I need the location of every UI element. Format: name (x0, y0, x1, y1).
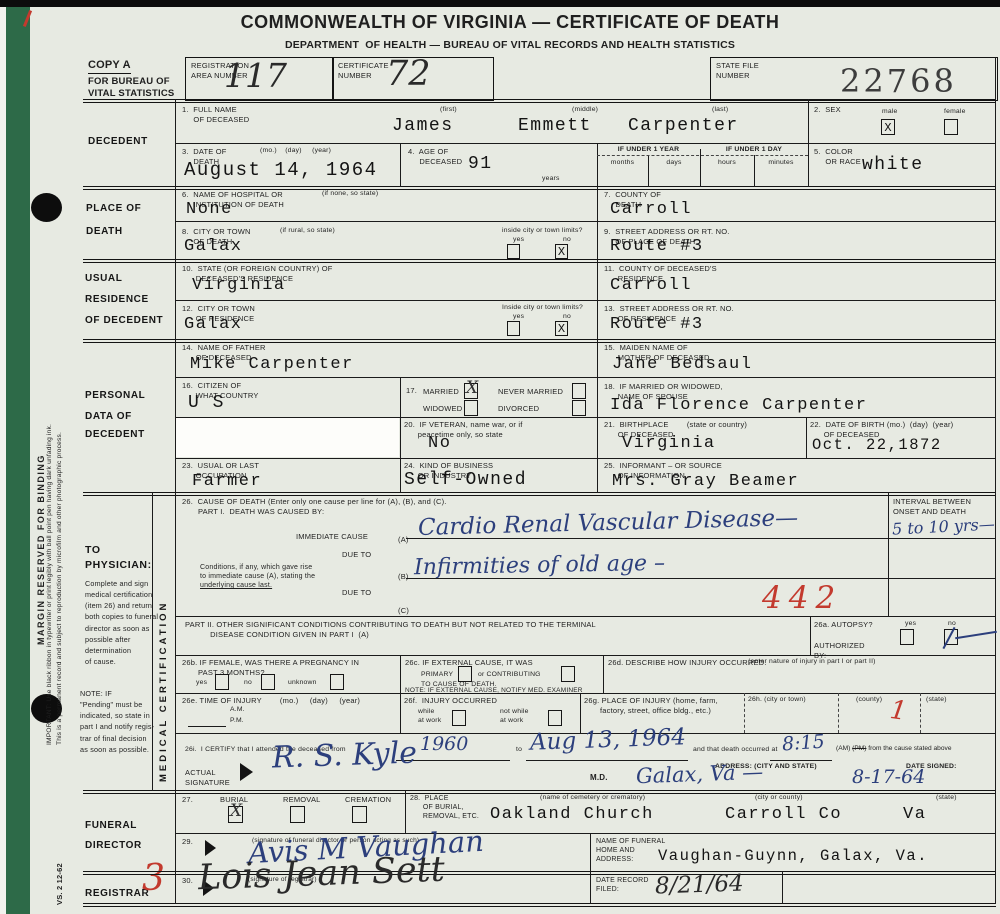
autopsy-no-mark-tail (955, 631, 997, 640)
pending-note: NOTE: IF "Pending" must be indicated, so… (80, 688, 154, 755)
section-place-of-death-1: PLACE OF (86, 203, 141, 214)
birthplace-value: Virginia (622, 434, 716, 453)
autopsy-label: 26a. AUTOPSY? (814, 620, 873, 630)
street-death-value: Route #3 (610, 237, 704, 256)
city-residence-value: Galax (184, 315, 243, 334)
attended-from-value: 1960 (420, 733, 468, 755)
sex-female-label: female (944, 108, 966, 117)
color-race-label: 5. COLOR OR RACE (814, 147, 861, 167)
external-note-label: NOTE: IF EXTERNAL CAUSE, NOTIFY MED. EXA… (405, 687, 583, 695)
business-value: Self-Owned (404, 470, 527, 490)
limits-residence-no-checkbox: X (555, 321, 568, 336)
signature-arrow-icon (240, 763, 253, 781)
months-label: months (599, 159, 646, 168)
burial-mark: X (230, 801, 242, 821)
line (175, 143, 996, 144)
line (406, 538, 996, 539)
first-name-sublabel: (first) (440, 106, 457, 115)
never-married-checkbox (572, 383, 586, 399)
cemetery-value: Oakland Church (490, 805, 654, 824)
limits-residence-yes-checkbox (507, 321, 520, 336)
under-1-day-header: IF UNDER 1 DAY (700, 146, 808, 155)
physician-address-value: Galax, Va — (636, 760, 764, 788)
section-funeral-1: FUNERAL (85, 820, 137, 831)
section-personal-2: DATA OF (85, 411, 132, 422)
pregnancy-unknown-label: unknown (288, 679, 317, 688)
hours-label: hours (702, 159, 752, 168)
pregnancy-no-checkbox (261, 674, 275, 690)
line (806, 417, 807, 458)
line (175, 616, 996, 617)
father-value: Mike Carpenter (190, 355, 354, 374)
section-usual-2: RESIDENCE (85, 294, 149, 305)
not-while-at-work-label: not while at work (500, 708, 529, 726)
city-death-hint: (if rural, so state) (280, 227, 335, 236)
certificate-subtitle: DEPARTMENT OF HEALTH — BUREAU OF VITAL R… (120, 39, 900, 53)
line (590, 833, 591, 904)
informant-value: Mrs. Gray Beamer (612, 472, 799, 491)
hospital-hint: (if none, so state) (322, 190, 378, 199)
line (770, 760, 832, 761)
injury-description-hint: (enter nature of injury in part I or par… (748, 658, 876, 667)
section-funeral-2: DIRECTOR (85, 840, 142, 851)
hole-punch-top (31, 193, 62, 222)
pm-label: P.M. (230, 717, 244, 726)
sex-label: 2. SEX (814, 105, 841, 115)
widowed-label: WIDOWED (423, 404, 462, 414)
due-to-label-2: DUE TO (342, 588, 371, 598)
removal-label: REMOVAL (283, 795, 321, 805)
veteran-label: 20. IF VETERAN, name war, or if peacetim… (404, 420, 523, 440)
sex-female-checkbox (944, 119, 958, 135)
form-number: VS. 2 12-62 (55, 863, 65, 905)
physician-note: Complete and sign medical certification … (85, 578, 158, 667)
age-years-label: years (542, 175, 560, 184)
line (188, 726, 226, 727)
line (526, 760, 688, 761)
pm-option-struck: (PM) (852, 745, 866, 752)
married-label: MARRIED (423, 387, 459, 397)
am-option: (AM) (836, 745, 850, 752)
date-filed-value: 8/21/64 (655, 870, 745, 899)
cause-c-label: (C) (398, 606, 409, 616)
line (175, 655, 996, 656)
registrar-signature: Lois Jean Sett (197, 850, 445, 899)
sex-male-label: male (882, 108, 898, 117)
registrar-signature-num: 30. (182, 876, 193, 886)
dob-value: Oct. 22,1872 (812, 436, 942, 454)
to-physician-label: TO PHYSICIAN: (85, 543, 152, 572)
middle-name-sublabel: (middle) (572, 106, 598, 115)
age-label: 4. AGE OF DECEASED (408, 147, 462, 167)
whiteout-box (176, 418, 399, 457)
line (603, 655, 604, 693)
binding-green-band (6, 7, 30, 914)
section-personal-1: PERSONAL (85, 390, 145, 401)
line (648, 155, 649, 187)
line (83, 492, 996, 496)
cause-code-red: 442 (762, 580, 842, 616)
from-cause-label: from the cause stated above (868, 745, 951, 752)
line (175, 377, 996, 378)
funeral-signature-num: 29. (182, 837, 193, 847)
cause-b-label: (B) (398, 572, 409, 582)
divorced-label: DIVORCED (498, 404, 539, 414)
line (400, 377, 401, 493)
while-at-work-checkbox (452, 710, 466, 726)
line (405, 790, 406, 833)
injury-county-label: (county) (856, 696, 882, 705)
last-name-value: Carpenter (628, 116, 739, 136)
conditions-note-1: Conditions, if any, which gave rise to i… (200, 563, 315, 581)
ampm-group: (AM) (PM) from the cause stated above (836, 745, 952, 752)
cause-a-label: (A) (398, 535, 409, 545)
margin-important-text: IMPORTANT: Use black ribbon in typewrite… (45, 424, 65, 745)
last-name-sublabel: (last) (712, 106, 728, 115)
actual-signature-label: ACTUAL SIGNATURE (185, 768, 230, 788)
conditions-note-2: underlying cause last. (200, 581, 272, 590)
state-residence-value: Virginia (192, 276, 286, 295)
margin-important-1: IMPORTANT: Use black ribbon in typewrite… (46, 424, 53, 745)
injury-description-label: 26d. DESCRIBE HOW INJURY OCCURRED. (608, 658, 767, 668)
line (400, 693, 401, 733)
pregnancy-no-label: no (244, 679, 252, 688)
line (400, 655, 401, 693)
primary-checkbox (458, 666, 472, 682)
line (888, 492, 889, 616)
cause-a-value: Cardio Renal Vascular Disease— (418, 505, 799, 541)
autopsy-yes-label: yes (905, 620, 916, 629)
line (175, 693, 996, 694)
date-signed-value: 8-17-64 (852, 766, 925, 788)
line (175, 300, 996, 301)
widowed-checkbox (464, 400, 478, 416)
line (406, 578, 996, 579)
city-death-value: Galax (184, 237, 243, 256)
funeral-home-label: NAME OF FUNERAL HOME AND ADDRESS: (596, 837, 666, 864)
limits-death-label: inside city or town limits? (502, 227, 583, 236)
married-mark: X (466, 378, 478, 398)
line (400, 143, 401, 187)
autopsy-yes-checkbox (900, 629, 914, 645)
days-label: days (650, 159, 698, 168)
line (83, 903, 996, 907)
section-decedent: DECEDENT (88, 136, 148, 147)
veteran-value: No (428, 434, 451, 453)
never-married-label: NEVER MARRIED (498, 387, 563, 397)
state-file-label: STATE FILE NUMBER (716, 61, 759, 81)
injury-state-label: (state) (926, 696, 947, 705)
immediate-cause-label: IMMEDIATE CAUSE (296, 532, 368, 542)
contributing-label: or CONTRIBUTING (478, 671, 541, 680)
md-label: M.D. (590, 773, 608, 783)
while-at-work-label: while at work (418, 708, 441, 726)
line (920, 693, 921, 733)
first-name-value: James (392, 116, 454, 136)
am-label: A.M. (230, 706, 245, 715)
death-occurred-label: and that death occurred at (693, 746, 778, 755)
full-name-label: 1. FULL NAME OF DECEASED (182, 105, 249, 125)
attended-to-value: Aug 13, 1964 (530, 724, 687, 755)
certificate-title: COMMONWEALTH OF VIRGINIA — CERTIFICATE O… (120, 11, 900, 34)
registrar-red-mark: 3 (142, 858, 165, 899)
date-of-death-value: August 14, 1964 (184, 159, 378, 181)
line (83, 99, 996, 103)
interval-value: 5 to 10 yrs— (892, 514, 996, 538)
section-usual-1: USUAL (85, 273, 122, 284)
not-while-at-work-checkbox (548, 710, 562, 726)
county-death-value: Carroll (610, 200, 692, 219)
cause-b-value: Infirmities of old age – (414, 551, 665, 580)
under-1-year-header: IF UNDER 1 YEAR (597, 146, 700, 155)
funeral-home-value: Vaughan-Guynn, Galax, Va. (658, 847, 928, 865)
injury-occurred-label: 26f. INJURY OCCURRED (404, 696, 497, 706)
line (83, 259, 996, 263)
mother-value: Jane Bedsaul (612, 355, 752, 374)
injury-city-label: 26h. (city or town) (748, 696, 806, 705)
line (152, 492, 153, 791)
interval-label: INTERVAL BETWEEN ONSET AND DEATH (893, 497, 971, 517)
hospital-value: None (186, 200, 233, 219)
burial-state-hint: (state) (936, 794, 957, 803)
line (754, 155, 755, 187)
certificate-number-value: 72 (386, 54, 431, 94)
medical-certification-label: MEDICAL CERTIFICATION (158, 601, 169, 782)
registration-value: 117 (224, 56, 287, 95)
spouse-value: Ida Florence Carpenter (610, 396, 867, 415)
street-residence-value: Route #3 (610, 315, 704, 334)
pregnancy-yes-checkbox (215, 674, 229, 690)
burial-city-value: Carroll Co (725, 805, 842, 824)
minutes-label: minutes (756, 159, 806, 168)
death-time-value: 8:15 (781, 731, 825, 756)
line (175, 458, 996, 459)
line (175, 99, 176, 904)
limits-death-no-checkbox: X (555, 244, 568, 259)
place-of-injury-label: 26g. PLACE OF INJURY (home, farm, factor… (584, 696, 718, 716)
divorced-checkbox (572, 400, 586, 416)
funeral-signature-arrow-icon (205, 840, 216, 856)
death-certificate: MARGIN RESERVED FOR BINDING IMPORTANT: U… (0, 0, 1000, 914)
line (597, 155, 808, 156)
line (744, 693, 745, 733)
pregnancy-unknown-checkbox (330, 674, 344, 690)
section-place-of-death-2: DEATH (86, 226, 123, 237)
physician-signature: R. S. Kyle (271, 735, 417, 775)
injury-county-red-mark: 1 (888, 695, 909, 727)
citizen-value: U S (188, 393, 225, 413)
primary-label: PRIMARY (421, 671, 453, 680)
cemetery-hint: (name of cemetery or crematory) (540, 794, 645, 803)
sex-male-checkbox: X (881, 119, 895, 135)
place-of-burial-label: 28. PLACE OF BURIAL, REMOVAL, ETC. (410, 794, 479, 821)
certificate-number-label: CERTIFICATE NUMBER (338, 61, 389, 81)
disposition-num: 27. (182, 795, 193, 805)
occupation-value: Farmer (192, 472, 262, 491)
contributing-checkbox (561, 666, 575, 682)
burial-city-hint: (city or county) (755, 794, 803, 803)
cause-intro-label: 26. CAUSE OF DEATH (Enter only one cause… (182, 497, 447, 517)
state-file-value: 22768 (840, 62, 957, 100)
section-registrar: REGISTRAR (85, 888, 149, 899)
line (597, 143, 598, 493)
removal-checkbox (290, 806, 305, 823)
copy-sub-label: FOR BUREAU OF VITAL STATISTICS (88, 76, 174, 101)
middle-name-value: Emmett (518, 116, 592, 136)
section-personal-3: DECEDENT (85, 429, 145, 440)
marital-num: 17. (406, 386, 417, 396)
copy-label: COPY A (88, 58, 131, 74)
line (838, 693, 839, 733)
due-to-label-1: DUE TO (342, 550, 371, 560)
county-residence-value: Carroll (610, 276, 692, 295)
margin-important-2: This is a permanent record and subject t… (56, 432, 63, 745)
section-usual-3: OF DECEDENT (85, 315, 163, 326)
line (175, 221, 996, 222)
line (808, 99, 809, 187)
cremation-checkbox (352, 806, 367, 823)
line (782, 871, 783, 904)
burial-state-value: Va (903, 805, 926, 824)
line (810, 616, 811, 655)
certify-to-label: to (516, 746, 522, 755)
date-of-death-sublabel: (mo.) (day) (year) (260, 147, 331, 156)
color-race-value: white (862, 155, 924, 175)
cremation-label: CREMATION (345, 795, 391, 805)
scan-edge-top (0, 0, 1000, 7)
part-two-text: PART II. OTHER SIGNIFICANT CONDITIONS CO… (185, 620, 596, 640)
age-value: 91 (468, 154, 493, 174)
date-filed-label: DATE RECORD FILED: (596, 876, 649, 894)
time-of-injury-label: 26e. TIME OF INJURY (mo.) (day) (year) (182, 696, 360, 706)
line (995, 57, 996, 904)
limits-residence-label: Inside city or town limits? (502, 304, 583, 313)
limits-death-yes-checkbox (507, 244, 520, 259)
pregnancy-yes-label: yes (196, 679, 207, 688)
